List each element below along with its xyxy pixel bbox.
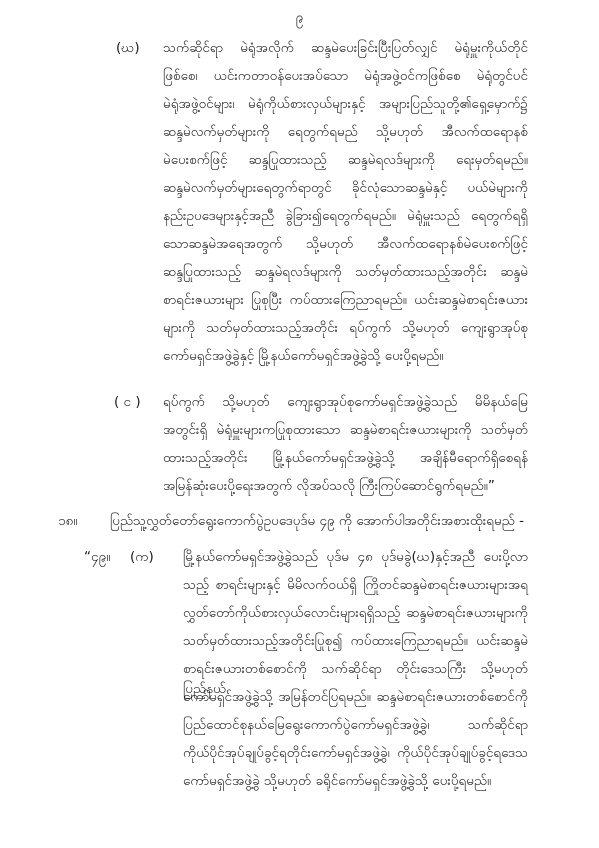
clause-gha-line: မဲရုံအဖွဲ့ဝင်များ၊ မဲရုံကိုယ်စားလှယ်များ… <box>163 94 528 114</box>
clause-gha-line: သက်ဆိုင်ရာ မဲရုံအလိုက် ဆန္ဒမဲပေးခြင်းပြီ… <box>163 38 528 58</box>
section-49-line: ကိုယ်ပိုင်အုပ်ချုပ်ခွင့်ရတိုင်းကော်မရှင်… <box>183 743 528 763</box>
section-49-line: မြို့နယ်ကော်မရှင်အဖွဲ့ခွဲသည် ပုဒ်မ ၄၈ ပု… <box>183 547 528 567</box>
clause-gha-line: ဖြစ်စေ၊ ယင်းကတာဝန်ပေးအပ်သော မဲရုံအဖွဲ့ဝင… <box>163 66 528 86</box>
clause-nga-label: ( င ) <box>114 392 141 412</box>
section-18-text: ပြည်သူ့လွှတ်တော်ရွေးကောက်ပွဲဥပဒေပုဒ်မ ၄၉… <box>110 511 524 531</box>
clause-nga-line: ထားသည့်အတိုင်း မြို့နယ်ကော်မရှင်အဖွဲ့ခွဲ… <box>163 448 528 468</box>
section-49-line: သည့် စာရင်းများနှင့် မိမိလက်ဝယ်ရှိ ကြိုတ… <box>183 575 528 595</box>
page-number: ၉ <box>0 8 599 29</box>
section-49-sublabel: (က) <box>130 547 154 567</box>
section-49-line: လွှတ်တော်ကိုယ်စားလှယ်လောင်းများရရှိသည့် … <box>183 603 528 623</box>
clause-gha-label: (ဃ) <box>116 38 140 58</box>
section-49-line: ပြည်ထောင်စုနယ်မြေရွေးကောက်ပွဲကော်မရှင်အဖ… <box>183 715 528 735</box>
clause-gha-line: ဆန္ဒမဲလက်မှတ်များရေတွက်ရာတွင် ခိုင်လုံသေ… <box>163 178 528 198</box>
clause-gha-line: များကို သတ်မှတ်ထားသည့်အတိုင်း ရပ်ကွက် သိ… <box>163 318 528 338</box>
clause-nga-line: အတွင်းရှိ မဲရုံမှူးများကပြုစုထားသော ဆန္ဒ… <box>163 420 528 440</box>
clause-nga-line: ရပ်ကွက် သို့မဟုတ် ကျေးရွာအုပ်စုကော်မရှင်… <box>163 392 528 412</box>
section-49-label: “၄၉။ <box>84 547 110 567</box>
section-18-label: ၁၈။ <box>58 511 77 531</box>
section-49-line: သတ်မှတ်ထားသည့်အတိုင်းပြုစု၍ ကပ်ထားကြေညာရ… <box>183 631 528 651</box>
clause-gha-line: ကော်မရှင်အဖွဲ့ခွဲနှင့် မြို့နယ်ကော်မရှင်… <box>163 346 444 366</box>
section-49-line: ကော်မရှင်အဖွဲ့ခွဲသို့ အမြန်တင်ပြရမည်။ ဆန… <box>183 687 528 707</box>
clause-gha-line: နည်းဥပဒေများနှင့်အညီ ခွဲခြား၍ရေတွက်ရမည်။… <box>163 206 528 226</box>
clause-gha-line: မဲပေးစက်ဖြင့် ဆန္ဒပြုထားသည့် ဆန္ဒမဲရလဒ်မ… <box>163 150 528 170</box>
clause-gha-line: စာရင်းဇယားများ ပြုစုပြီး ကပ်ထားကြေညာရမည်… <box>163 290 528 310</box>
clause-gha-line: ဆန္ဒမဲလက်မှတ်များကို ရေတွက်ရမည် သို့မဟုတ… <box>163 122 528 142</box>
clause-nga-line: အမြန်ဆုံးပေးပို့ရေးအတွက် လိုအပ်သလို ကြီး… <box>163 476 495 496</box>
section-49-line: ကော်မရှင်အဖွဲ့ခွဲ သို့မဟုတ် ခရိုင်ကော်မရ… <box>183 771 491 791</box>
clause-gha-line: သောဆန္ဒမဲအရေအတွက် သို့မဟုတ် အီလက်ထရောနစ်… <box>163 234 528 254</box>
clause-gha-line: ဆန္ဒပြုထားသည့် ဆန္ဒမဲရလဒ်များကို သတ်မှတ်… <box>163 262 528 282</box>
